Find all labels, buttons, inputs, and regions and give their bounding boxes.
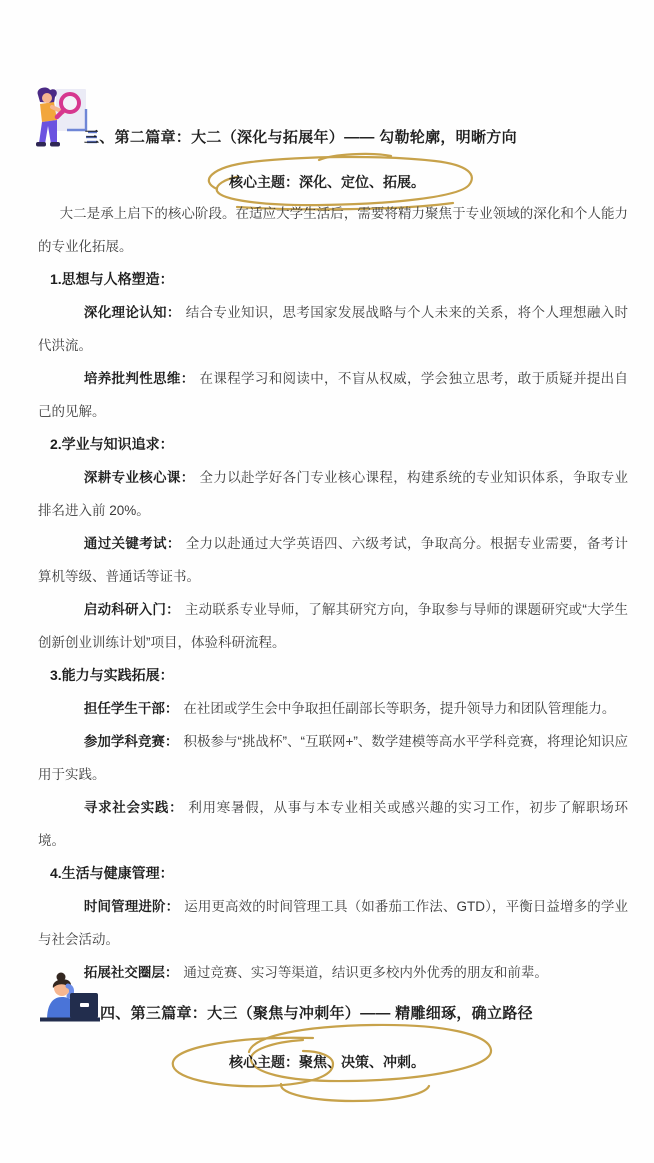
person-laptop-illustration <box>40 970 100 1034</box>
item-term: 寻求社会实践： <box>84 800 183 815</box>
chapter2-intro: 大二是承上启下的核心阶段。在适应大学生活后，需要将精力聚焦于专业领域的深化和个人… <box>38 197 628 263</box>
laptop-person-icon <box>40 970 100 1034</box>
section-heading-1: 1.思想与人格塑造： <box>50 263 628 296</box>
item-term: 担任学生干部： <box>84 701 179 716</box>
plan-item: 通过关键考试：全力以赴通过大学英语四、六级考试，争取高分。根据专业需要，备考计算… <box>38 527 628 593</box>
section-heading-2: 2.学业与知识追求： <box>50 428 628 461</box>
plan-item: 寻求社会实践：利用寒暑假，从事与本专业相关或感兴趣的实习工作，初步了解职场环境。 <box>38 791 628 857</box>
item-term: 深耕专业核心课： <box>84 470 195 485</box>
chapter2-title: 三、第二篇章：大二（深化与拓展年）—— 勾勒轮廓，明晰方向 <box>84 126 517 147</box>
plan-item: 拓展社交圈层：通过竞赛、实习等渠道，结识更多校内外优秀的朋友和前辈。 <box>38 956 628 989</box>
item-term: 通过关键考试： <box>84 536 181 551</box>
item-desc: 在社团或学生会中争取担任副部长等职务，提升领导力和团队管理能力。 <box>183 701 615 716</box>
item-desc: 通过竞赛、实习等渠道，结识更多校内外优秀的朋友和前辈。 <box>183 965 548 980</box>
chapter2-theme-text: 核心主题：深化、定位、拓展。 <box>229 174 425 190</box>
plan-item: 时间管理进阶：运用更高效的时间管理工具（如番茄工作法、GTD），平衡日益增多的学… <box>38 890 628 956</box>
item-term: 深化理论认知： <box>84 305 181 320</box>
item-term: 参加学科竞赛： <box>84 734 179 749</box>
plan-item: 启动科研入门：主动联系专业导师，了解其研究方向，争取参与导师的课题研究或“大学生… <box>38 593 628 659</box>
chapter2-body: 大二是承上启下的核心阶段。在适应大学生活后，需要将精力聚焦于专业领域的深化和个人… <box>38 197 628 989</box>
item-term: 时间管理进阶： <box>84 899 179 914</box>
section-heading-3: 3.能力与实践拓展： <box>50 659 628 692</box>
chapter3-theme: 核心主题：聚焦、决策、冲刺。 <box>0 1040 654 1084</box>
document-page: 三、第二篇章：大二（深化与拓展年）—— 勾勒轮廓，明晰方向 核心主题：深化、定位… <box>0 0 654 1163</box>
item-term: 启动科研入门： <box>84 602 180 617</box>
plan-item: 担任学生干部：在社团或学生会中争取担任副部长等职务，提升领导力和团队管理能力。 <box>38 692 628 725</box>
item-term: 培养批判性思维： <box>84 371 195 386</box>
plan-item: 深耕专业核心课：全力以赴学好各门专业核心课程，构建系统的专业知识体系，争取专业排… <box>38 461 628 527</box>
chapter3-theme-text: 核心主题：聚焦、决策、冲刺。 <box>229 1054 425 1070</box>
section-heading-4: 4.生活与健康管理： <box>50 857 628 890</box>
plan-item: 深化理论认知：结合专业知识，思考国家发展战略与个人未来的关系，将个人理想融入时代… <box>38 296 628 362</box>
plan-item: 参加学科竞赛：积极参与“挑战杯”、“互联网+”、数学建模等高水平学科竞赛，将理论… <box>38 725 628 791</box>
plan-item: 培养批判性思维：在课程学习和阅读中，不盲从权威，学会独立思考，敢于质疑并提出自己… <box>38 362 628 428</box>
